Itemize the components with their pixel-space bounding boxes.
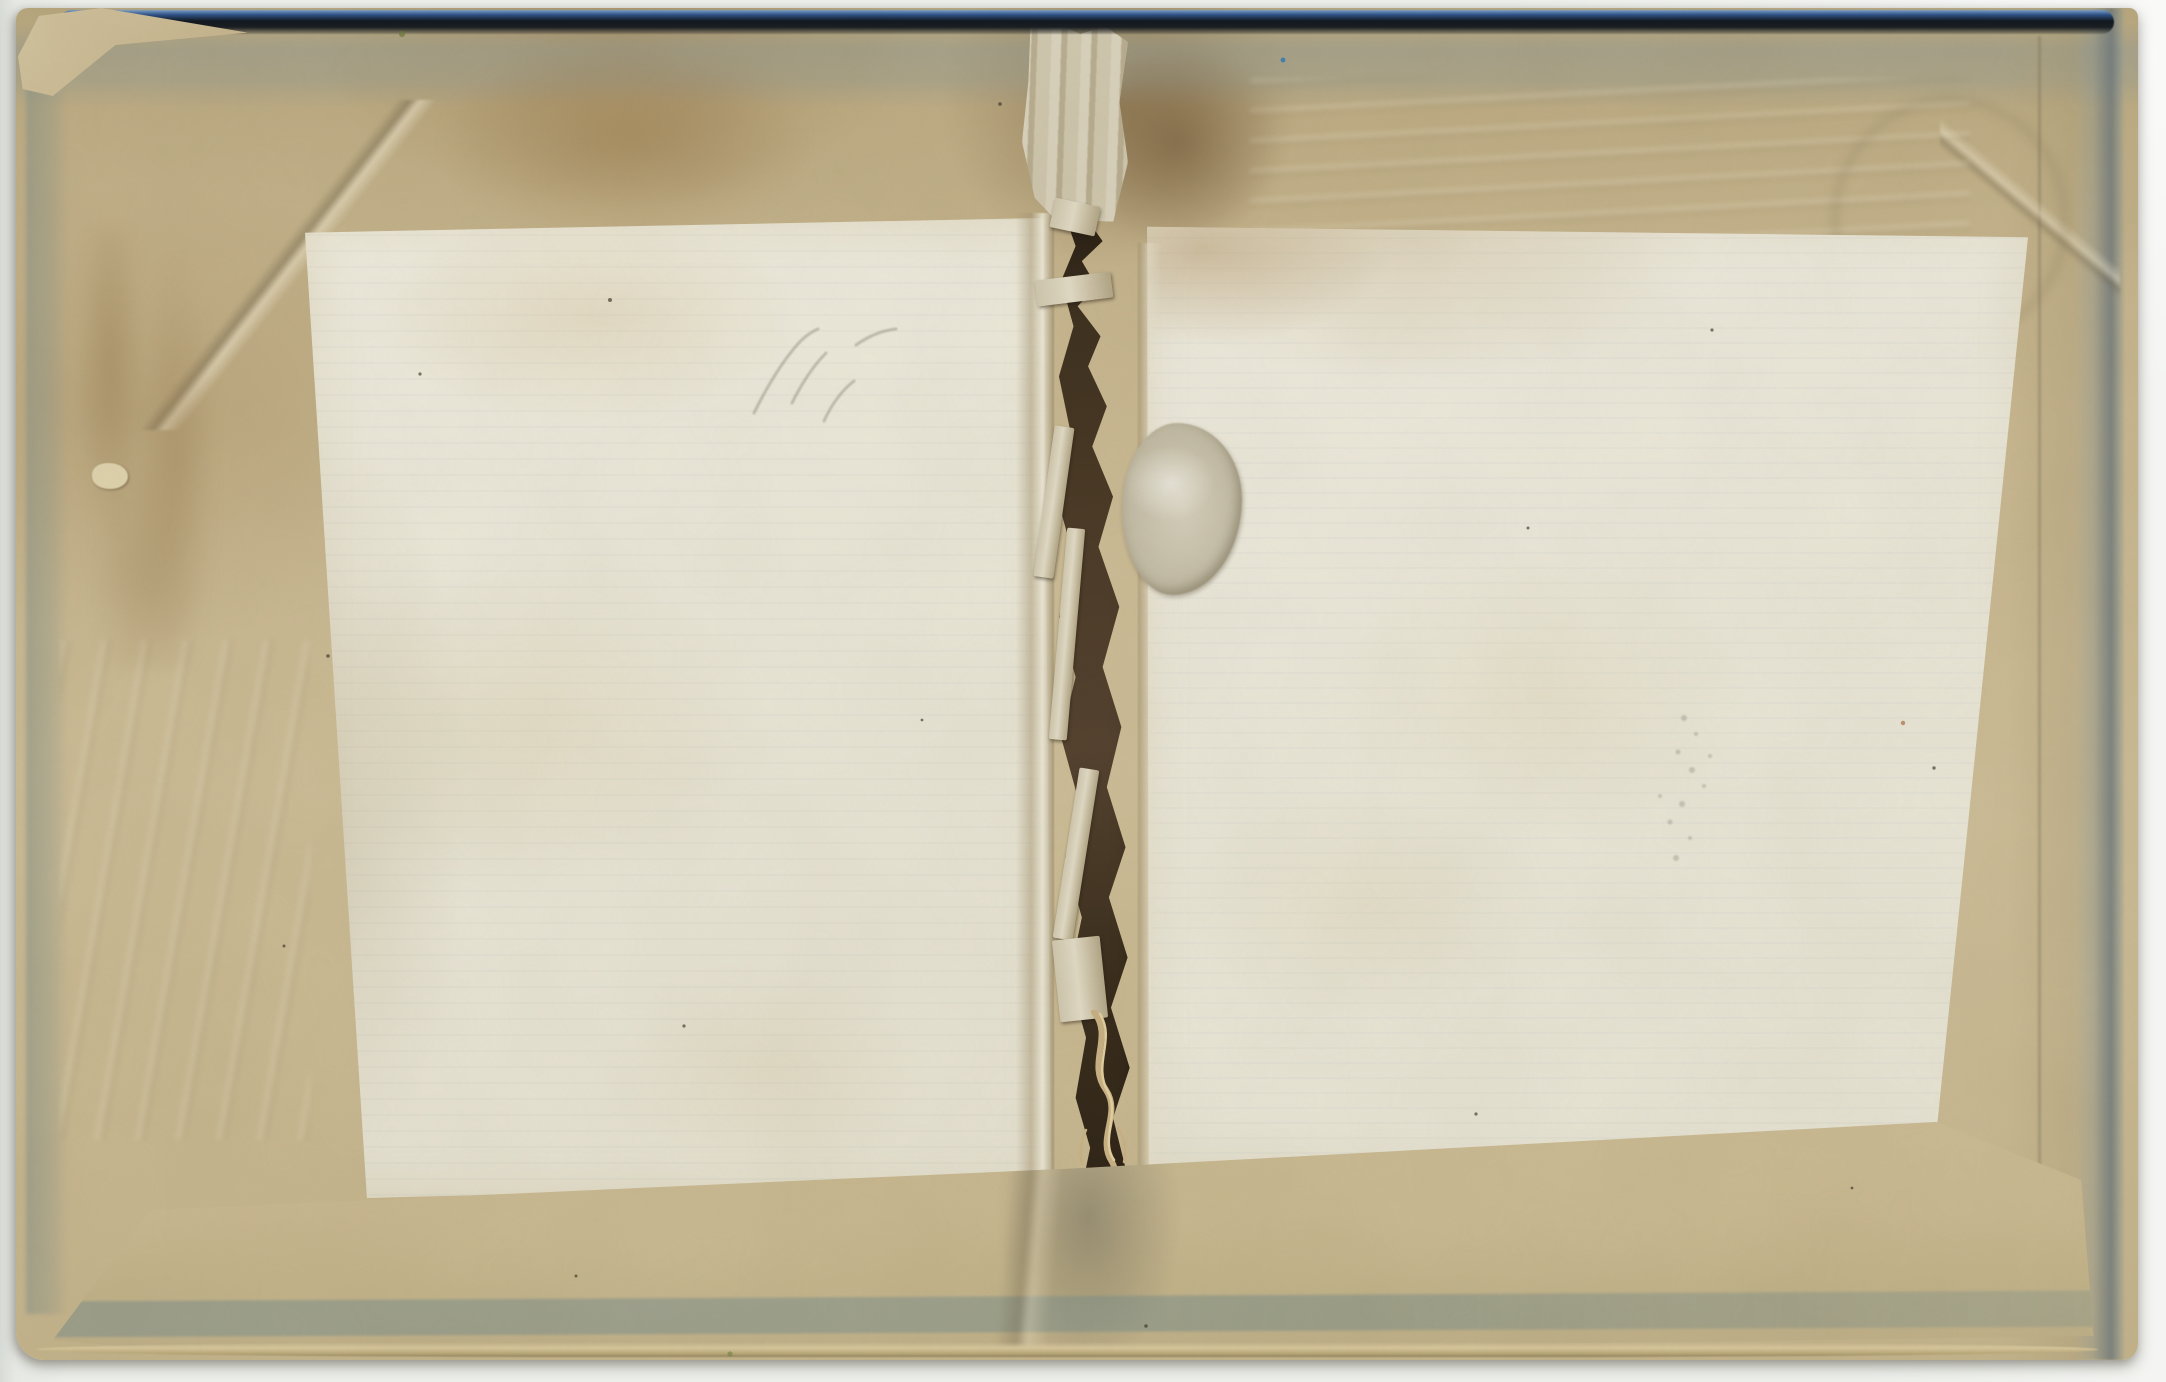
book-scan (0, 0, 2166, 1382)
debris-specks (16, 8, 2138, 1360)
book-cover (16, 8, 2138, 1360)
